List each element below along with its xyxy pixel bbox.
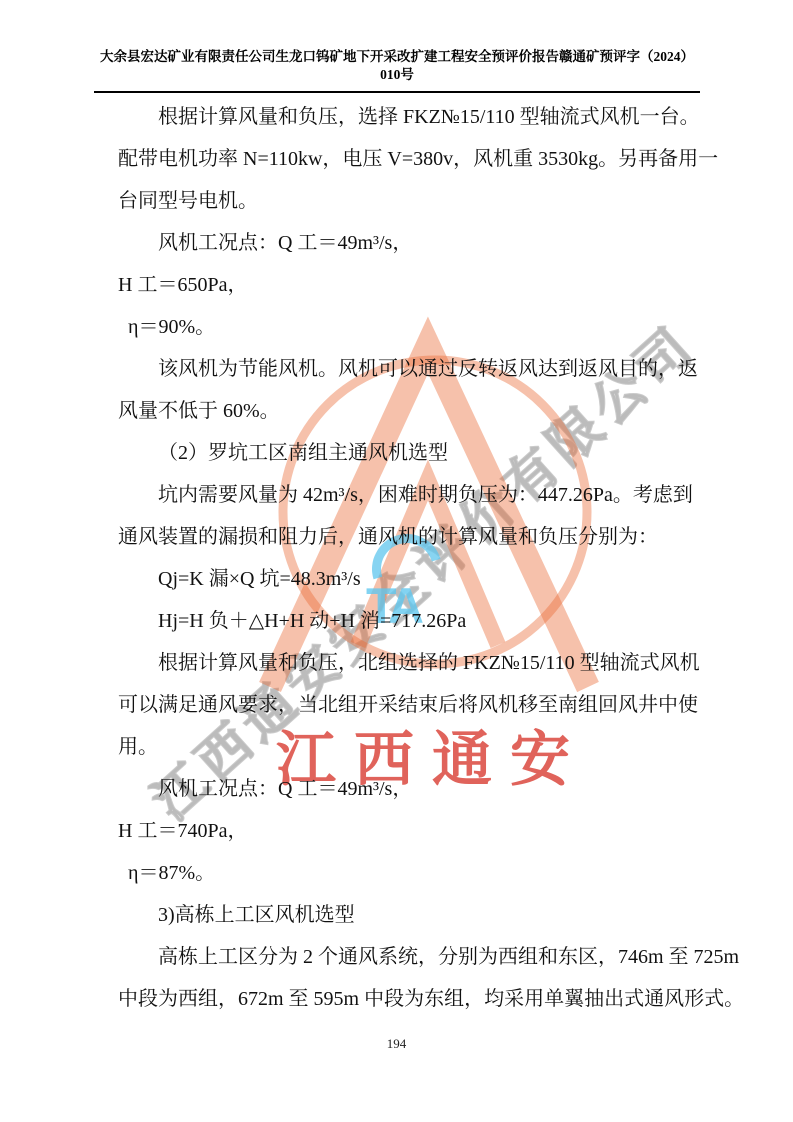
- body-line: Hj=H 负＋△H+H 动+H 消=717.26Pa: [118, 600, 680, 642]
- page-number: 194: [0, 1036, 793, 1052]
- body-line: 该风机为节能风机。风机可以通过反转返风达到返风目的，返: [118, 348, 680, 390]
- body-line: 风机工况点：Q 工＝49m³/s，: [118, 768, 680, 810]
- body-line: 3)高栋上工区风机选型: [118, 894, 680, 936]
- body-line: （2）罗坑工区南组主通风机选型: [118, 432, 680, 474]
- body-line: 可以满足通风要求，当北组开采结束后将风机移至南组回风井中使: [118, 684, 680, 726]
- page-header-title: 大余县宏达矿业有限责任公司生龙口钨矿地下开采改扩建工程安全预评价报告赣通矿预评字…: [94, 48, 700, 93]
- body-line: 用。: [118, 726, 680, 768]
- body-line: H 工＝740Pa，: [118, 810, 680, 852]
- body-line: 高栋上工区分为 2 个通风系统，分别为西组和东区，746m 至 725m: [118, 936, 680, 978]
- body-line: 坑内需要风量为 42m³/s，困难时期负压为：447.26Pa。考虑到: [118, 474, 680, 516]
- body-line: 根据计算风量和负压，选择 FKZ№15/110 型轴流式风机一台。: [118, 96, 680, 138]
- body-line: 根据计算风量和负压，北组选择的 FKZ№15/110 型轴流式风机: [118, 642, 680, 684]
- body-line: 中段为西组，672m 至 595m 中段为东组，均采用单翼抽出式通风形式。: [118, 978, 680, 1020]
- body-text-block: 根据计算风量和负压，选择 FKZ№15/110 型轴流式风机一台。 配带电机功率…: [118, 96, 680, 1020]
- body-line: 风量不低于 60%。: [118, 390, 680, 432]
- body-line: η＝90%。: [118, 306, 680, 348]
- body-line: 台同型号电机。: [118, 180, 680, 222]
- body-line: Qj=K 漏×Q 坑=48.3m³/s: [118, 558, 680, 600]
- body-line: η＝87%。: [118, 852, 680, 894]
- body-line: H 工＝650Pa，: [118, 264, 680, 306]
- body-line: 通风装置的漏损和阻力后，通风机的计算风量和负压分别为：: [118, 516, 680, 558]
- document-page: 江西通安安全评价有限公司 TA 江西通安 大余县宏达矿业有限责任公司生龙口钨矿地…: [0, 0, 793, 1122]
- body-line: 配带电机功率 N=110kw，电压 V=380v，风机重 3530kg。另再备用…: [118, 138, 680, 180]
- body-line: 风机工况点：Q 工＝49m³/s，: [118, 222, 680, 264]
